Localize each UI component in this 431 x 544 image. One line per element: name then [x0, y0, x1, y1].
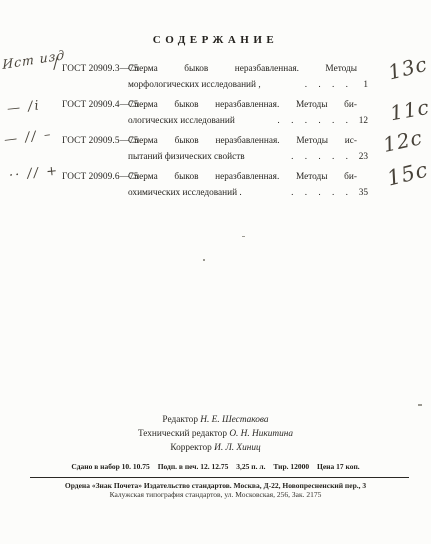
page-number: 12 [355, 114, 368, 130]
toc-entry-description: Сперма быков неразбавленная. Методы ис- … [128, 134, 368, 165]
toc-desc-line2: охимических исследований . [128, 186, 242, 202]
toc-desc-line1: Сперма быков неразбавленная. Методы би- [128, 170, 357, 186]
toc-desc-line2: морфологических исследований , [128, 78, 261, 94]
gost-number: ГОСТ 20909.5—75 [62, 134, 128, 165]
editor-name: Н. Е. Шестакова [200, 415, 268, 425]
toc-entry: ГОСТ 20909.4—75 Сперма быков неразбавлен… [62, 98, 368, 129]
handwritten-margin-mark: — // – [3, 127, 53, 148]
toc-entry-description: Сперма быков неразбавленная. Методы би- … [128, 98, 368, 129]
toc-entry: ГОСТ 20909.6—75 Сперма быков неразбавлен… [62, 170, 368, 201]
imprint-price: Цена 17 коп. [317, 462, 360, 471]
editor-role: Технический редактор [138, 429, 227, 439]
imprint-print-date: Подп. в печ. 12. 12.75 [158, 462, 229, 471]
dot-leaders: . . . . . . [235, 114, 355, 130]
editor-line: Технический редактор О. Н. Никитина [0, 428, 431, 442]
toc-desc-line1: Сперма быков неразбавленная. Методы би- [128, 98, 357, 114]
editor-role: Корректор [170, 443, 211, 453]
handwritten-page-count: 15с [385, 157, 431, 190]
handwritten-page-count: 13с [386, 52, 430, 85]
gost-number: ГОСТ 20909.6—75 [62, 170, 128, 201]
imprint-set-date: Сдано в набор 10. 10.75 [71, 462, 149, 471]
editor-line: Редактор Н. Е. Шестакова [0, 414, 431, 428]
page-number: 35 [355, 186, 368, 202]
toc-entry-description: Сперма быков неразбавленная. Методы би- … [128, 170, 368, 201]
handwritten-page-count: 11с [388, 95, 431, 126]
footer-divider [30, 477, 409, 478]
scan-speck [203, 259, 205, 261]
page-number: 23 [355, 150, 368, 166]
editor-line: Корректор И. Л. Хиниц [0, 442, 431, 456]
editor-name: И. Л. Хиниц [214, 443, 261, 453]
editor-role: Редактор [162, 415, 198, 425]
toc-entry-description: Сперма быков неразбавленная. Методы морф… [128, 62, 368, 93]
toc-entry: ГОСТ 20909.5—75 Сперма быков неразбавлен… [62, 134, 368, 165]
document-page: СОДЕРЖАНИЕ ГОСТ 20909.3—75 Сперма быков … [0, 0, 431, 544]
table-of-contents: ГОСТ 20909.3—75 Сперма быков неразбавлен… [62, 62, 368, 206]
page-number: 1 [355, 78, 368, 94]
scan-speck [418, 404, 422, 406]
printing-house-address: Калужская типография стандартов, ул. Мос… [0, 490, 431, 499]
page-title: СОДЕРЖАНИЕ [0, 34, 431, 46]
handwritten-margin-mark: ·· // + [8, 163, 59, 183]
dot-leaders: . . . . . [242, 186, 355, 202]
gost-number: ГОСТ 20909.4—75 [62, 98, 128, 129]
editor-name: О. Н. Никитина [229, 429, 293, 439]
gost-number: ГОСТ 20909.3—75 [62, 62, 128, 93]
editors-block: Редактор Н. Е. Шестакова Технический ред… [0, 414, 431, 455]
dot-leaders: . . . . [261, 78, 355, 94]
scan-speck [242, 236, 245, 237]
toc-desc-line2: пытаний физических свойств [128, 150, 245, 166]
toc-entry: ГОСТ 20909.3—75 Сперма быков неразбавлен… [62, 62, 368, 93]
imprint-line: Сдано в набор 10. 10.75 Подп. в печ. 12.… [24, 462, 407, 471]
toc-desc-line2: ологических исследований [128, 114, 235, 130]
handwritten-page-count: 12с [381, 125, 425, 157]
dot-leaders: . . . . . [245, 150, 355, 166]
publisher-address: Ордена «Знак Почета» Издательство станда… [0, 481, 431, 490]
toc-desc-line1: Сперма быков неразбавленная. Методы ис- [128, 134, 357, 150]
toc-desc-line1: Сперма быков неразбавленная. Методы [128, 62, 357, 78]
imprint-tirage: Тир. 12000 [273, 462, 309, 471]
handwritten-margin-mark: — /i [6, 98, 41, 116]
imprint-sheets: 3,25 п. л. [236, 462, 265, 471]
